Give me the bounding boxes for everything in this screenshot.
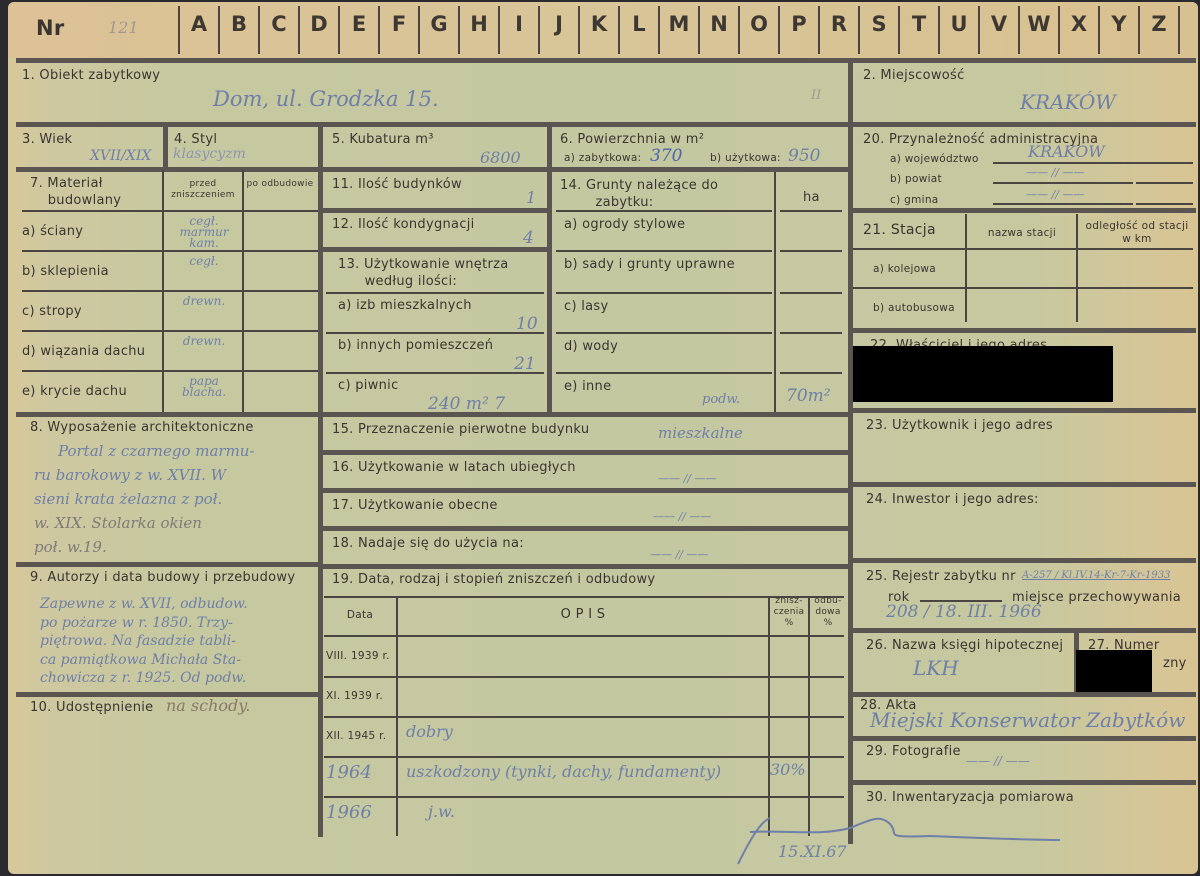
- divider: [16, 167, 848, 172]
- field-7-row-label: a) ściany: [22, 224, 83, 239]
- index-letter-p[interactable]: P: [780, 12, 818, 36]
- field-9-label: 9. Autorzy i data budowy i przebudowy: [30, 570, 295, 585]
- field-20c-value[interactable]: —— // ——: [1026, 188, 1084, 201]
- field-9-line[interactable]: Zapewne z w. XVII, odbudow.: [40, 596, 248, 612]
- field-21-col-name: nazwa stacji: [968, 227, 1076, 239]
- field-19-col-desc: O P I S: [400, 607, 766, 622]
- field-3-value[interactable]: XVII/XIX: [90, 148, 151, 164]
- field-14-label: 14. Grunty należące do zabytku:: [560, 177, 718, 211]
- field-line: [993, 182, 1133, 184]
- divider: [22, 290, 318, 292]
- field-14-row-label: d) wody: [564, 339, 618, 354]
- field-27-tail: zny: [1163, 656, 1187, 671]
- divider: [1076, 214, 1078, 322]
- index-letter-n[interactable]: N: [700, 12, 738, 36]
- field-28-value[interactable]: Miejski Konserwator Zabytków: [870, 708, 1185, 732]
- redaction-owner: [853, 346, 1113, 402]
- field-8-line[interactable]: Portal z czarnego marmu-: [58, 442, 255, 460]
- divider: [848, 558, 1196, 563]
- divider: [320, 564, 848, 569]
- field-19-row-date: XI. 1939 r.: [326, 690, 383, 702]
- field-9-line[interactable]: piętrowa. Na fasadzie tabli-: [40, 633, 236, 649]
- field-line: [1136, 203, 1193, 205]
- divider: [780, 372, 842, 374]
- field-13-row-label: c) piwnic: [338, 378, 399, 393]
- divider: [556, 292, 772, 294]
- nr-value: 121: [108, 18, 139, 37]
- divider: [556, 372, 772, 374]
- field-7-label: 7. Materiał budowlany: [30, 175, 121, 209]
- field-7-row-before[interactable]: drewn.: [168, 336, 240, 347]
- index-letter-r[interactable]: R: [820, 12, 858, 36]
- field-12-label: 12. Ilość kondygnacji: [332, 217, 475, 232]
- field-5-value[interactable]: 6800: [480, 148, 521, 167]
- field-20c-label: c) gmina: [890, 194, 939, 206]
- divider: [556, 250, 772, 252]
- field-7-row-label: e) krycie dachu: [22, 384, 127, 399]
- field-21-col-dist: odległość od stacji w km: [1081, 220, 1193, 246]
- index-letter-d[interactable]: D: [300, 12, 338, 36]
- divider: [848, 208, 1196, 213]
- field-14-row-label: b) sady i grunty uprawne: [564, 257, 735, 272]
- divider: [324, 796, 844, 798]
- redaction-number: [1076, 650, 1152, 694]
- field-17-value[interactable]: —— // ——: [653, 510, 711, 523]
- letter-divider: [1178, 6, 1180, 54]
- divider: [16, 58, 1196, 63]
- field-30-label: 30. Inwentaryzacja pomiarowa: [866, 790, 1074, 805]
- divider: [163, 124, 168, 167]
- index-letter-g[interactable]: G: [420, 12, 458, 36]
- divider: [853, 287, 1193, 289]
- field-8-label: 8. Wyposażenie architektoniczne: [30, 420, 254, 435]
- field-8-line[interactable]: ru barokowy z w. XVII. W: [34, 466, 226, 484]
- divider: [853, 248, 1193, 250]
- divider: [22, 210, 318, 212]
- field-1-value[interactable]: Dom, ul. Grodzka 15.: [213, 87, 439, 111]
- index-letter-s[interactable]: S: [860, 12, 898, 36]
- field-17-label: 17. Użytkowanie obecne: [332, 498, 498, 513]
- field-line: [1136, 182, 1193, 184]
- divider: [848, 628, 1196, 633]
- field-21a-label: a) kolejowa: [873, 263, 936, 275]
- field-18-value[interactable]: —— // ——: [650, 548, 708, 561]
- field-13-row-value[interactable]: 10: [516, 314, 538, 334]
- field-14-row-label: c) lasy: [564, 299, 609, 314]
- field-23-label: 23. Użytkownik i jego adres: [866, 418, 1053, 433]
- field-19-row-date: VIII. 1939 r.: [326, 650, 390, 662]
- field-14-row-label: a) ogrody stylowe: [564, 217, 685, 232]
- field-1-mark: II: [811, 88, 821, 103]
- index-letter-a[interactable]: A: [180, 12, 218, 36]
- field-14-row-note[interactable]: podw.: [702, 392, 740, 407]
- field-19-row-desc[interactable]: j.w.: [428, 802, 455, 821]
- divider: [326, 332, 544, 334]
- divider: [848, 780, 1196, 785]
- field-7-row-before[interactable]: drewn.: [168, 296, 240, 307]
- field-7-row-before[interactable]: papa blacha.: [168, 376, 240, 398]
- field-10-value[interactable]: na schody.: [166, 696, 250, 715]
- field-25-nr-value[interactable]: A-257 / Kl.IV.14-Kr-7-Kr-1933: [1022, 570, 1170, 581]
- field-14-row-value[interactable]: 70m²: [786, 386, 831, 406]
- field-11-value[interactable]: 1: [526, 188, 536, 207]
- index-letter-w[interactable]: W: [1020, 12, 1058, 36]
- field-19-row-desc[interactable]: dobry: [406, 722, 453, 741]
- field-20a-label: a) województwo: [890, 153, 979, 165]
- divider: [16, 412, 848, 417]
- field-16-label: 16. Użytkowanie w latach ubiegłych: [332, 460, 576, 475]
- field-4-label: 4. Styl: [174, 132, 217, 147]
- field-6b-value[interactable]: 950: [788, 146, 820, 166]
- index-letter-z[interactable]: Z: [1140, 12, 1178, 36]
- field-19-label: 19. Data, rodzaj i stopień zniszczeń i o…: [332, 572, 655, 587]
- divider: [324, 596, 844, 598]
- field-20b-label: b) powiat: [890, 173, 942, 185]
- divider: [320, 208, 548, 213]
- field-5-label: 5. Kubatura m³: [332, 132, 434, 147]
- field-7-row-label: d) wiązania dachu: [22, 344, 145, 359]
- divider: [22, 330, 318, 332]
- field-20b-value[interactable]: —— // ——: [1026, 166, 1084, 179]
- index-letter-f[interactable]: F: [380, 12, 418, 36]
- divider: [320, 247, 548, 252]
- index-letter-l[interactable]: L: [620, 12, 658, 36]
- field-20a-value[interactable]: KRAKÓW: [1028, 142, 1105, 161]
- divider: [324, 716, 844, 718]
- index-letter-t[interactable]: T: [900, 12, 938, 36]
- divider: [22, 250, 318, 252]
- divider: [965, 214, 967, 322]
- field-line: [993, 162, 1193, 164]
- index-letter-u[interactable]: U: [940, 12, 978, 36]
- field-11-label: 11. Ilość budynków: [332, 177, 462, 192]
- field-16-value[interactable]: —— // ——: [658, 472, 716, 485]
- divider: [326, 372, 544, 374]
- index-letter-j[interactable]: J: [540, 12, 578, 36]
- field-13-row-label: a) izb mieszkalnych: [338, 298, 472, 313]
- field-25-value2[interactable]: 208 / 18. III. 1966: [886, 602, 1042, 622]
- field-line: [993, 203, 1133, 205]
- field-8-line[interactable]: sieni krata żelazna z poł.: [34, 490, 222, 508]
- field-19-col-destr: znisz- czenia %: [770, 596, 808, 629]
- field-21-label: 21. Stacja: [863, 222, 936, 238]
- divider: [22, 370, 318, 372]
- signature-date: 15.XI.67: [778, 842, 847, 861]
- index-letter-h[interactable]: H: [460, 12, 498, 36]
- field-12-value[interactable]: 4: [523, 228, 534, 248]
- divider: [780, 250, 842, 252]
- field-3-label: 3. Wiek: [22, 132, 72, 147]
- divider: [848, 692, 1196, 697]
- field-6b-label: b) użytkowa:: [710, 152, 781, 164]
- divider: [16, 122, 1196, 127]
- heritage-record-card: Nr 121 ABCDEFGHIJKLMNOPRSTUVWXYZ 1. Obie…: [8, 2, 1198, 874]
- field-8-line[interactable]: poł. w.19.: [34, 538, 107, 556]
- field-6-label: 6. Powierzchnia w m²: [560, 132, 704, 147]
- field-18-label: 18. Nadaje się do użycia na:: [332, 536, 524, 551]
- divider: [318, 412, 323, 837]
- field-26-label: 26. Nazwa księgi hipotecznej: [866, 638, 1063, 653]
- divider: [320, 526, 848, 531]
- divider: [324, 756, 844, 758]
- divider: [16, 562, 320, 567]
- field-9-line[interactable]: chowicza z r. 1925. Od podw.: [40, 670, 246, 686]
- field-10-label: 10. Udostępnienie: [30, 700, 153, 715]
- field-19-row-date[interactable]: 1964: [326, 762, 372, 783]
- divider: [848, 408, 1196, 413]
- index-letter-b[interactable]: B: [220, 12, 258, 36]
- divider: [324, 635, 844, 637]
- field-19-row-date[interactable]: 1966: [326, 802, 372, 823]
- divider: [848, 736, 1196, 741]
- field-29-value[interactable]: —— // ——: [966, 754, 1030, 768]
- nr-label: Nr: [36, 16, 65, 40]
- field-9-line[interactable]: ca pamiątkowa Michała Sta-: [40, 652, 241, 668]
- field-7-row-before[interactable]: cegł. marmur kam.: [168, 216, 240, 249]
- field-9-line[interactable]: po pożarze w r. 1850. Trzy-: [40, 615, 233, 631]
- divider: [324, 676, 844, 678]
- index-letter-k[interactable]: K: [580, 12, 618, 36]
- divider: [780, 210, 842, 212]
- field-29-label: 29. Fotografie: [866, 744, 961, 759]
- field-6a-label: a) zabytkowa:: [564, 152, 641, 164]
- divider: [780, 332, 842, 334]
- divider: [326, 292, 544, 294]
- field-7-col-after: po odbudowie: [245, 179, 315, 190]
- divider: [848, 482, 1196, 487]
- field-24-label: 24. Inwestor i jego adres:: [866, 492, 1039, 507]
- index-letter-m[interactable]: M: [660, 12, 698, 36]
- field-21b-label: b) autobusowa: [873, 302, 955, 314]
- field-13-row-value[interactable]: 21: [514, 354, 536, 374]
- divider: [556, 332, 772, 334]
- field-14-unit: ha: [803, 190, 820, 205]
- divider: [320, 450, 848, 455]
- field-14-row-label: e) inne: [564, 379, 611, 394]
- field-19-row-desc[interactable]: uszkodzony (tynki, dachy, fundamenty): [406, 762, 721, 781]
- field-7-row-label: c) stropy: [22, 304, 82, 319]
- field-26-value[interactable]: LKH: [913, 656, 959, 680]
- field-2-label: 2. Miejscowość: [863, 68, 965, 83]
- field-19-col-rebuild: odbu- dowa %: [810, 596, 846, 629]
- field-19-col-date: Data: [326, 609, 394, 621]
- index-letter-i[interactable]: I: [500, 12, 538, 36]
- divider: [774, 172, 776, 412]
- field-7-col-before: przed zniszczeniem: [165, 179, 241, 201]
- field-8-line[interactable]: w. XIX. Stolarka okien: [34, 514, 202, 532]
- index-letter-v[interactable]: V: [980, 12, 1018, 36]
- field-6a-value[interactable]: 370: [650, 146, 682, 166]
- field-19-row-destr[interactable]: 30%: [770, 760, 806, 779]
- field-13-label: 13. Użytkowanie wnętrza według ilości:: [338, 256, 509, 290]
- field-4-value[interactable]: klasycyzm: [173, 146, 246, 162]
- divider: [848, 60, 853, 122]
- index-letter-x[interactable]: X: [1060, 12, 1098, 36]
- index-letter-c[interactable]: C: [260, 12, 298, 36]
- divider: [556, 210, 772, 212]
- field-19-row-date: XII. 1945 r.: [326, 730, 386, 742]
- index-letter-o[interactable]: O: [740, 12, 778, 36]
- field-15-value[interactable]: mieszkalne: [658, 424, 743, 442]
- divider: [848, 328, 1196, 333]
- field-25-label: 25. Rejestr zabytku nr: [866, 569, 1016, 584]
- field-1-label: 1. Obiekt zabytkowy: [22, 68, 160, 83]
- field-2-value[interactable]: KRAKÓW: [1020, 90, 1116, 114]
- field-7-row-label: b) sklepienia: [22, 264, 109, 279]
- index-letter-y[interactable]: Y: [1100, 12, 1138, 36]
- index-letter-e[interactable]: E: [340, 12, 378, 36]
- divider: [320, 488, 848, 493]
- divider: [780, 292, 842, 294]
- field-13-row-label: b) innych pomieszczeń: [338, 338, 493, 353]
- field-13-row-value[interactable]: 240 m² 7: [428, 394, 505, 414]
- field-15-label: 15. Przeznaczenie pierwotne budynku: [332, 422, 589, 437]
- field-7-row-before[interactable]: cegł.: [168, 256, 240, 267]
